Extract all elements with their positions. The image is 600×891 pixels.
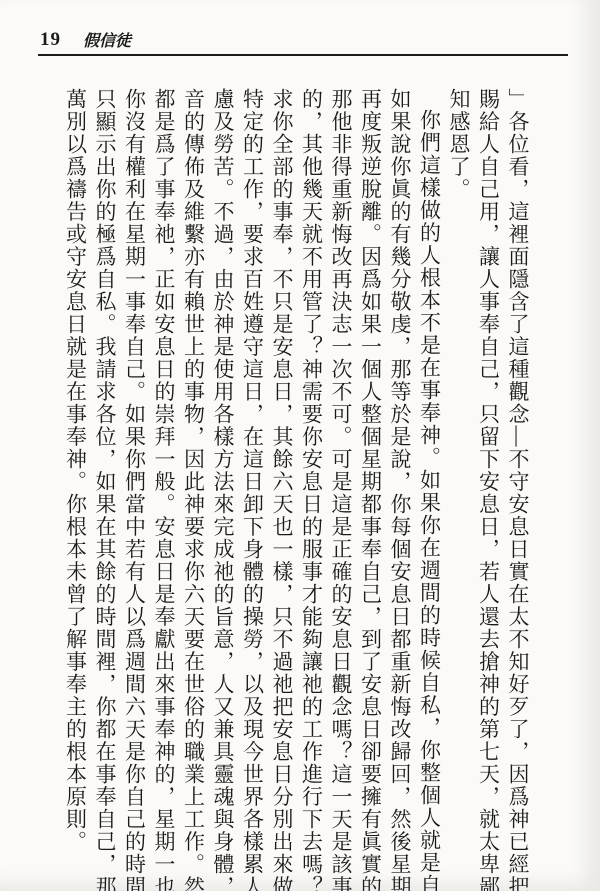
text-column: 你們這樣做的人根本不是在事奉神。如果你在週間的時候自私，你整個人就是自私。 — [414, 88, 444, 886]
text-column: 的，其他幾天就不用管了？神需要你安息日的服事才能夠讓祂的工作進行下去嗎？神要 — [296, 88, 326, 886]
text-column: 那他非得重新悔改再決志一次不可。可是這是正確的安息日觀念嗎？這一天是該事奉神 — [326, 88, 356, 886]
text-column: 萬別以爲禱告或守安息日就是在事奉神。你根本未曾了解事奉主的根本原則。 — [60, 88, 90, 886]
text-column: 知感恩了。 — [444, 88, 474, 886]
text-column: 」各位看，這裡面隱含了這種觀念—不守安息日實在太不知好歹了，因爲神已經把六天 — [503, 88, 533, 886]
text-column: 只顯示出你的極爲自私。我請求各位，如果在其餘的時間裡，你都在事奉自己，那麼千 — [90, 88, 120, 886]
text-column: 求你全部的事奉，不只是安息日，其餘六天也一樣，只不過祂把安息日分別出來做某些 — [267, 88, 297, 886]
running-header: 19假信徒 — [40, 28, 568, 56]
text-column: 慮及勞苦。不過，由於神是使用各樣方法來完成祂的旨意，人又兼具靈魂與身體，而福 — [208, 88, 238, 886]
text-column: 音的傳佈及維繫亦有賴世上的事物，因此神要求你六天要在世俗的職業上工作。然而這 — [178, 88, 208, 886]
text-column: 你沒有權利在星期一事奉自己。如果你們當中若有人以爲週間六天是你自己的時間，那 — [119, 88, 149, 886]
text-column: 都是爲了事奉祂，正如安息日的崇拜一般。安息日是奉獻出來事奉神的，星期一也一樣； — [149, 88, 179, 886]
body-text: 」各位看，這裡面隱含了這種觀念—不守安息日實在太不知好歹了，因爲神已經把六天 賜… — [60, 88, 532, 886]
text-column: 特定的工作，要求百姓遵守這日，在這日卸下身體的操勞，以及現今世界各樣累人的憂 — [237, 88, 267, 886]
header-rule — [38, 54, 568, 56]
book-page: 19假信徒 」各位看，這裡面隱含了這種觀念—不守安息日實在太不知好歹了，因爲神已… — [0, 0, 600, 891]
text-column: 再度叛逆脫離。因爲如果一個人整個星期都事奉自己，到了安息日卻要擁有眞實的信仰， — [355, 88, 385, 886]
chapter-title: 假信徒 — [83, 28, 131, 51]
page-number: 19 — [40, 29, 61, 51]
text-column: 賜給人自己用，讓人事奉自己，只留下安息日，若人還去搶神的第七天，就太卑鄙、不 — [473, 88, 503, 886]
text-column: 如果說你眞的有幾分敬虔，那等於是說，你每個安息日都重新悔改歸回，然後星期一又 — [385, 88, 415, 886]
